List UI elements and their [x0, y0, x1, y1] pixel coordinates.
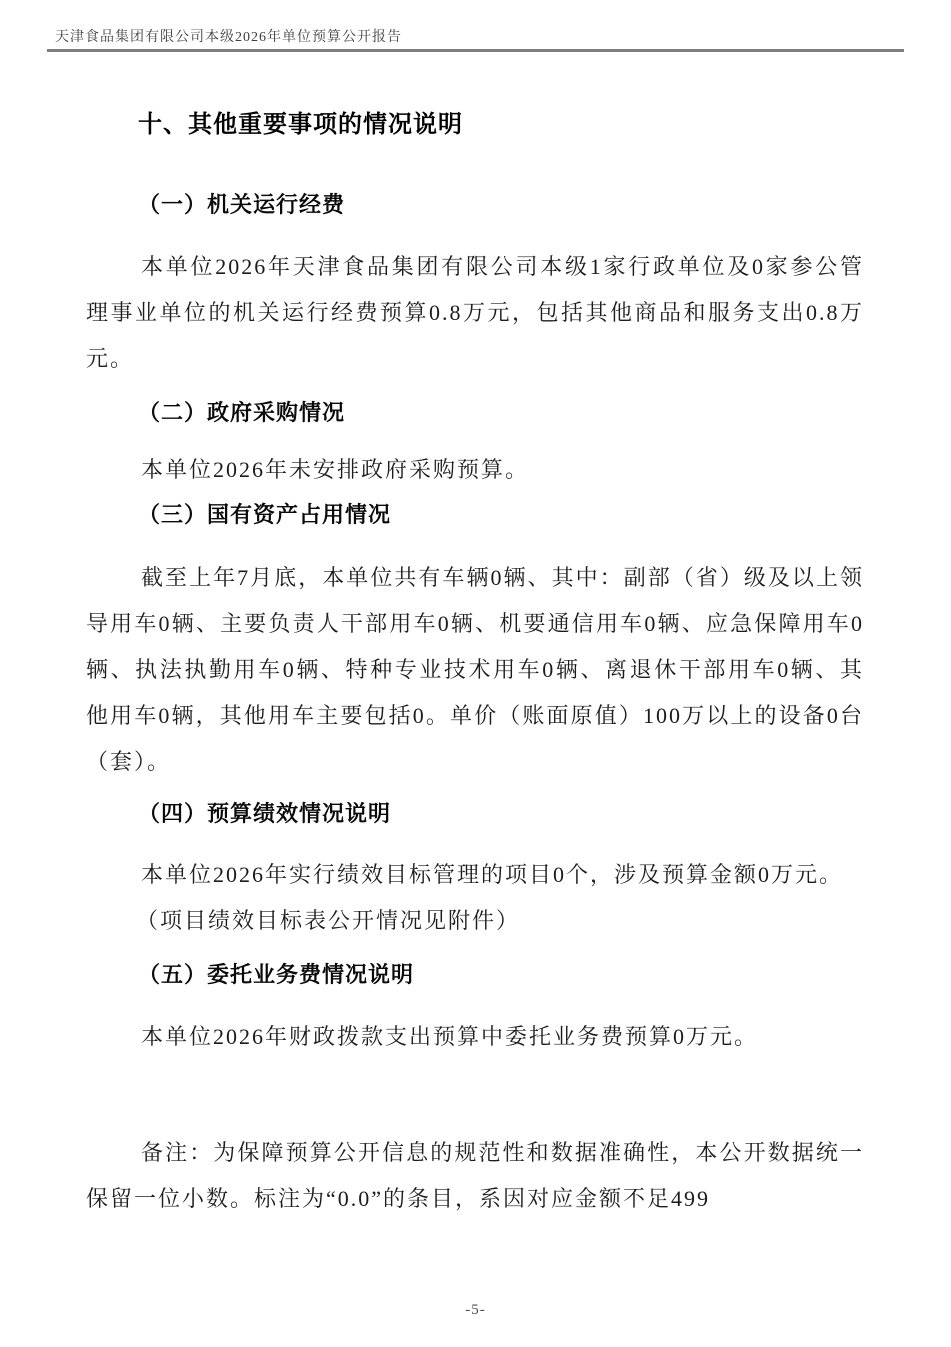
subsection-heading-government-procurement: （二）政府采购情况: [138, 398, 864, 428]
page-footer: -5-: [0, 1302, 951, 1319]
page-header: 天津食品集团有限公司本级2026年单位预算公开报告: [0, 0, 951, 56]
paragraph-government-procurement: 本单位2026年未安排政府采购预算。: [86, 447, 864, 493]
document-body: 十、其他重要事项的情况说明 （一）机关运行经费 本单位2026年天津食品集团有限…: [86, 108, 864, 1222]
page-number: -5-: [465, 1302, 486, 1318]
subsection-heading-budget-performance: （四）预算绩效情况说明: [138, 799, 864, 829]
subsection-heading-state-assets: （三）国有资产占用情况: [138, 500, 864, 530]
header-divider: [47, 49, 904, 52]
paragraph-performance-attachment-note: （项目绩效目标表公开情况见附件）: [86, 898, 864, 944]
subsection-heading-entrusted-services: （五）委托业务费情况说明: [138, 960, 864, 990]
paragraph-remark-note: 备注：为保障预算公开信息的规范性和数据准确性，本公开数据统一保留一位小数。标注为…: [86, 1130, 864, 1222]
paragraph-budget-performance: 本单位2026年实行绩效目标管理的项目0个，涉及预算金额0万元。: [86, 852, 864, 898]
paragraph-entrusted-services: 本单位2026年财政拨款支出预算中委托业务费预算0万元。: [86, 1014, 864, 1060]
chapter-title: 十、其他重要事项的情况说明: [138, 108, 864, 142]
paragraph-state-assets: 截至上年7月底，本单位共有车辆0辆、其中：副部（省）级及以上领导用车0辆、主要负…: [86, 555, 864, 785]
running-header-title: 天津食品集团有限公司本级2026年单位预算公开报告: [55, 26, 402, 46]
paragraph-operating-expenses: 本单位2026年天津食品集团有限公司本级1家行政单位及0家参公管理事业单位的机关…: [86, 244, 864, 382]
subsection-heading-operating-expenses: （一）机关运行经费: [138, 190, 864, 220]
budget-report-page: 天津食品集团有限公司本级2026年单位预算公开报告 十、其他重要事项的情况说明 …: [0, 0, 951, 1347]
